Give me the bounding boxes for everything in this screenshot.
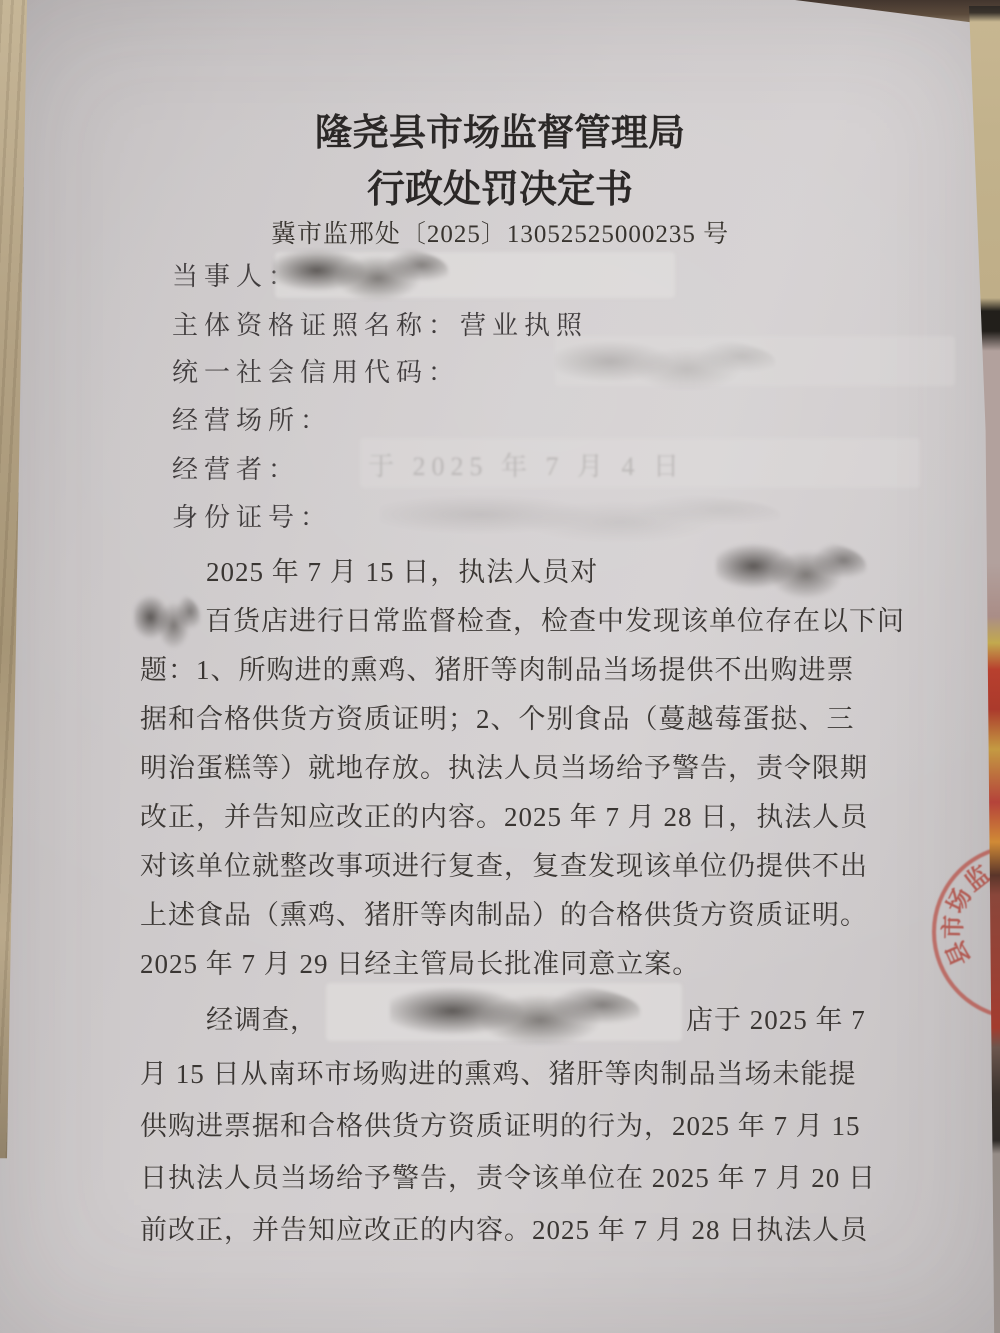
body-line: 2025 年 7 月 29 日经主管局长批准同意立案。 <box>140 942 700 981</box>
body-line: 题：1、所购进的熏鸡、猪肝等肉制品当场提供不出购进票 <box>140 648 855 687</box>
redaction-smudge <box>360 438 920 488</box>
redaction-smudge <box>273 246 448 300</box>
document-number: 冀市监邢处〔2025〕13052525000235 号 <box>0 214 1000 250</box>
field-operator: 经营者： <box>172 449 300 486</box>
field-business-site: 经营场所： <box>172 400 332 437</box>
field-business-site-label: 经营场所： <box>172 406 332 435</box>
body-line: 经调查， <box>206 998 318 1037</box>
field-id-number: 身份证号： <box>172 497 332 534</box>
authority-title: 隆尧县市场监督管理局 <box>0 102 1000 156</box>
body-line: 百货店进行日常监督检查，检查中发现该单位存在以下问 <box>205 599 905 638</box>
body-line: 对该单位就整改事项进行复查，复查发现该单位仍提供不出 <box>140 844 868 883</box>
body-line: 前改正，并告知应改正的内容。2025 年 7 月 28 日执法人员 <box>140 1208 868 1247</box>
body-line: 改正，并告知应改正的内容。2025 年 7 月 28 日，执法人员 <box>140 795 868 834</box>
body-line: 据和合格供货方资质证明；2、个别食品（蔓越莓蛋挞、三 <box>140 697 855 736</box>
body-line: 明治蛋糕等）就地存放。执法人员当场给予警告，责令限期 <box>140 746 868 785</box>
redaction-smudge <box>555 338 775 390</box>
field-license-type-label: 主体资格证照名称： <box>172 311 460 340</box>
field-id-number-label: 身份证号： <box>172 503 332 532</box>
field-credit-code: 统一社会信用代码： <box>172 352 460 389</box>
field-license-type: 主体资格证照名称：营业执照 <box>172 305 588 342</box>
field-credit-code-label: 统一社会信用代码： <box>172 358 460 387</box>
field-operator-label: 经营者： <box>172 455 300 484</box>
redaction-smudge <box>134 592 200 648</box>
body-line: 2025 年 7 月 15 日，执法人员对 <box>206 550 598 589</box>
body-line: 供购进票据和合格供货方资质证明的行为，2025 年 7 月 15 <box>140 1104 861 1143</box>
body-line: 店于 2025 年 7 <box>686 998 866 1037</box>
document-sheet: 隆尧县市场监督管理局 行政处罚决定书 冀市监邢处〔2025〕1305252500… <box>0 0 1000 1333</box>
redaction-smudge <box>390 983 640 1045</box>
redaction-smudge <box>380 492 780 542</box>
body-line: 月 15 日从南环市场购进的熏鸡、猪肝等肉制品当场未能提 <box>140 1052 857 1091</box>
body-line: 日执法人员当场给予警告，责令该单位在 2025 年 7 月 20 日 <box>140 1156 876 1195</box>
redaction-smudge <box>716 540 866 598</box>
document-type-title: 行政处罚决定书 <box>0 158 1000 213</box>
body-line: 上述食品（熏鸡、猪肝等肉制品）的合格供货方资质证明。 <box>140 893 868 932</box>
